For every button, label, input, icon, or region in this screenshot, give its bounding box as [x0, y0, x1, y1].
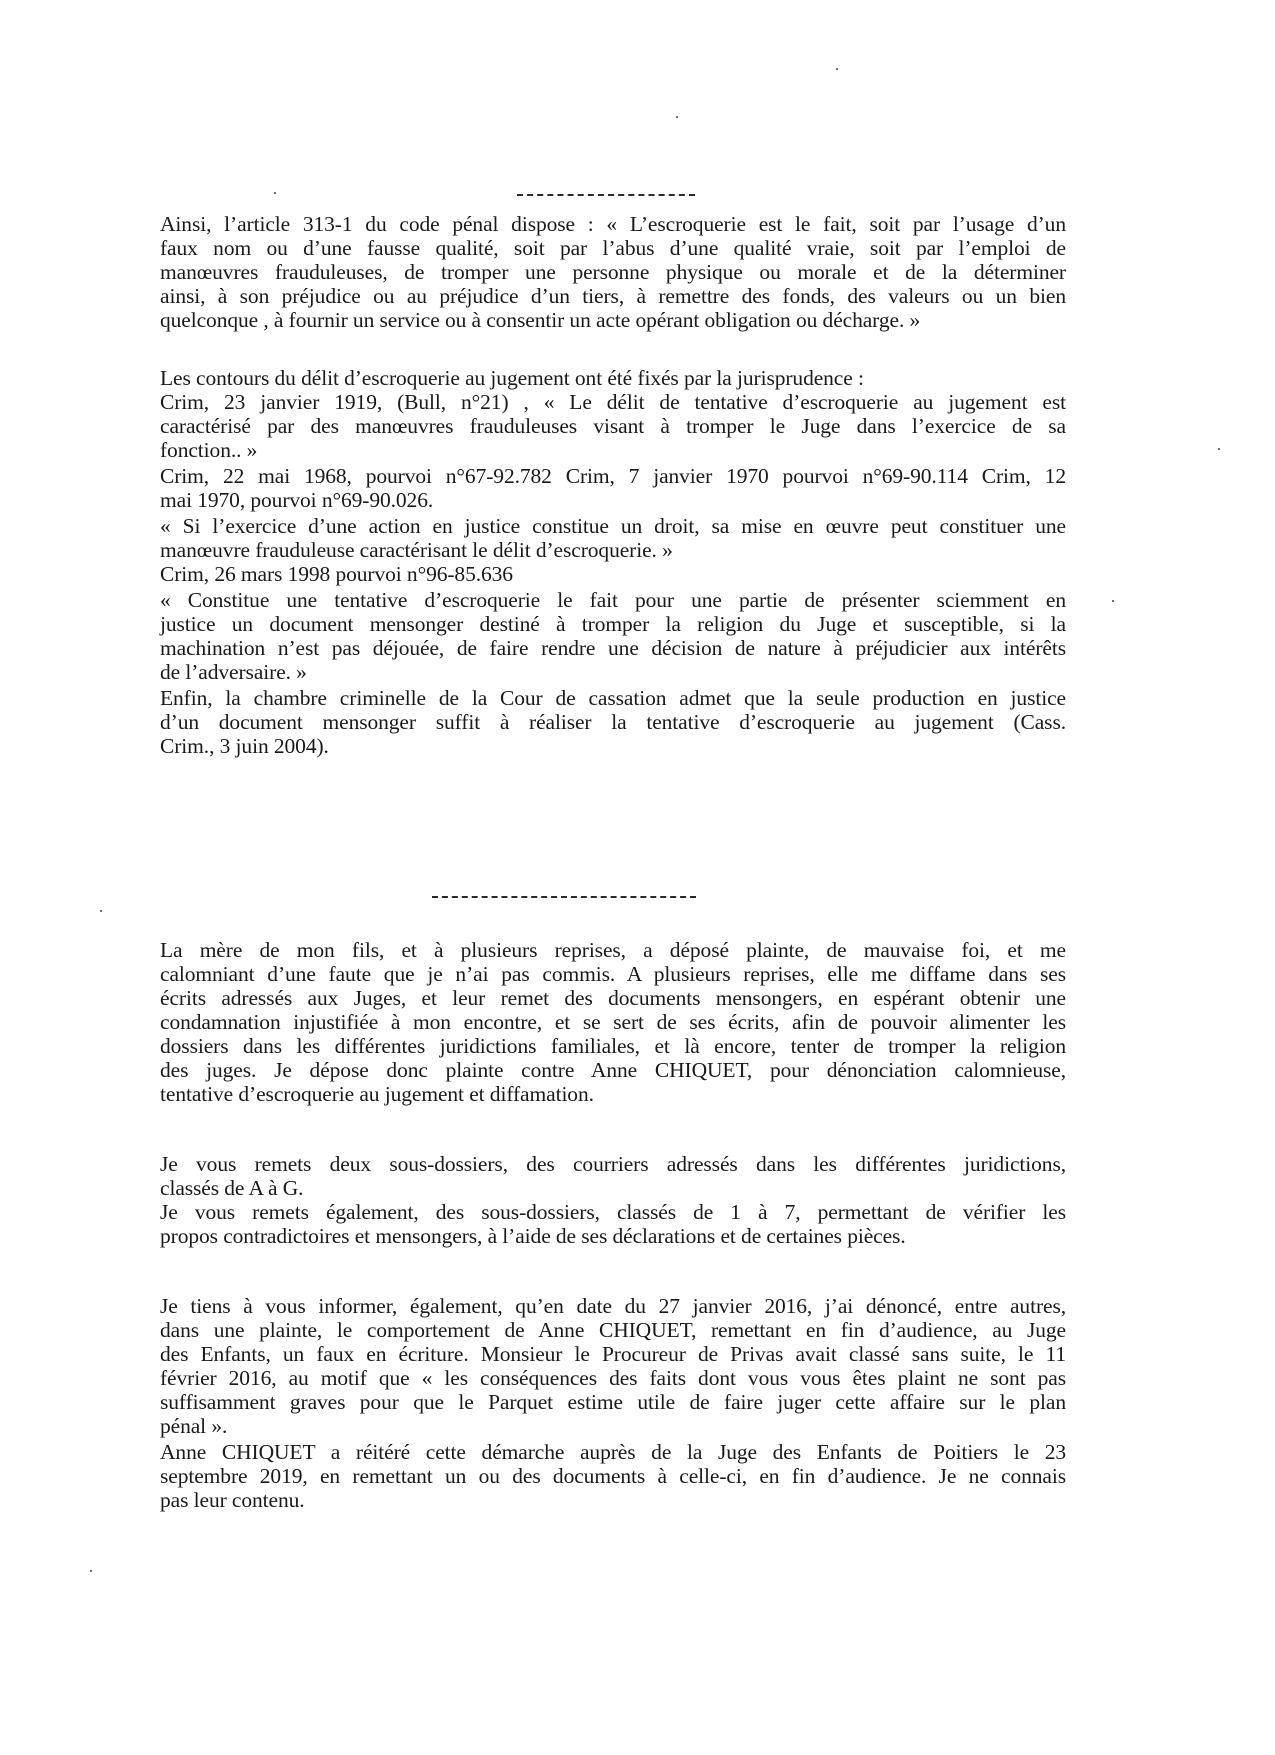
text-line: calomniant d’une faute que je n’ai pas c…: [160, 962, 1066, 986]
text-line: suffisamment graves pour que le Parquet …: [160, 1390, 1066, 1414]
text-line: justice un document mensonger destiné à …: [160, 612, 1066, 636]
text-line: pénal ».: [160, 1414, 1066, 1438]
text-line: fonction.. »: [160, 438, 1066, 462]
text-line: propos contradictoires et mensongers, à …: [160, 1224, 1066, 1248]
text-line: « Si l’exercice d’une action en justice …: [160, 514, 1066, 538]
text-line: pas leur contenu.: [160, 1488, 1066, 1512]
text-line: Crim, 26 mars 1998 pourvoi n°96-85.636: [160, 562, 1066, 586]
text-line: tentative d’escroquerie au jugement et d…: [160, 1082, 1066, 1106]
text-line: Enfin, la chambre criminelle de la Cour …: [160, 686, 1066, 710]
text-line: quelconque , à fournir un service ou à c…: [160, 308, 1066, 332]
text-line: Je vous remets également, des sous-dossi…: [160, 1200, 1066, 1224]
text-line: des Enfants, un faux en écriture. Monsie…: [160, 1342, 1066, 1366]
text-line: machination n’est pas déjouée, de faire …: [160, 636, 1066, 660]
text-line: écrits adressés aux Juges, et leur remet…: [160, 986, 1066, 1010]
text-line: septembre 2019, en remettant un ou des d…: [160, 1464, 1066, 1488]
scan-speck: [836, 68, 838, 70]
scan-speck: [1112, 600, 1114, 602]
text-line: février 2016, au motif que « les conséqu…: [160, 1366, 1066, 1390]
text-line: Je tiens à vous informer, également, qu’…: [160, 1294, 1066, 1318]
text-line: d’un document mensonger suffit à réalise…: [160, 710, 1066, 734]
scan-speck: [274, 192, 276, 194]
separator-middle: [432, 896, 696, 898]
scan-speck: [100, 910, 102, 912]
text-line: « Constitue une tentative d’escroquerie …: [160, 588, 1066, 612]
text-line: ainsi, à son préjudice ou au préjudice d…: [160, 284, 1066, 308]
text-line: Ainsi, l’article 313-1 du code pénal dis…: [160, 212, 1066, 236]
text-line: des juges. Je dépose donc plainte contre…: [160, 1058, 1066, 1082]
text-line: manœuvre frauduleuse caractérisant le dé…: [160, 538, 1066, 562]
text-line: Je vous remets deux sous-dossiers, des c…: [160, 1152, 1066, 1176]
text-line: condamnation injustifiée à mon encontre,…: [160, 1010, 1066, 1034]
text-line: mai 1970, pourvoi n°69-90.026.: [160, 488, 1066, 512]
text-line: classés de A à G.: [160, 1176, 1066, 1200]
text-line: Crim., 3 juin 2004).: [160, 734, 1066, 758]
scanned-document-page: Ainsi, l’article 313-1 du code pénal dis…: [0, 0, 1275, 1755]
text-line: faux nom ou d’une fausse qualité, soit p…: [160, 236, 1066, 260]
separator-top: [517, 194, 695, 196]
text-line: Crim, 22 mai 1968, pourvoi n°67-92.782 C…: [160, 464, 1066, 488]
text-line: de l’adversaire. »: [160, 660, 1066, 684]
scan-speck: [1218, 448, 1220, 450]
text-line: caractérisé par des manœuvres frauduleus…: [160, 414, 1066, 438]
scan-speck: [676, 116, 678, 118]
text-line: dossiers dans les différentes juridictio…: [160, 1034, 1066, 1058]
text-line: manœuvres frauduleuses, de tromper une p…: [160, 260, 1066, 284]
text-line: Crim, 23 janvier 1919, (Bull, n°21) , « …: [160, 390, 1066, 414]
text-line: dans une plainte, le comportement de Ann…: [160, 1318, 1066, 1342]
text-line: Les contours du délit d’escroquerie au j…: [160, 366, 1066, 390]
text-line: La mère de mon fils, et à plusieurs repr…: [160, 938, 1066, 962]
scan-speck: [90, 1570, 92, 1572]
text-line: Anne CHIQUET a réitéré cette démarche au…: [160, 1440, 1066, 1464]
